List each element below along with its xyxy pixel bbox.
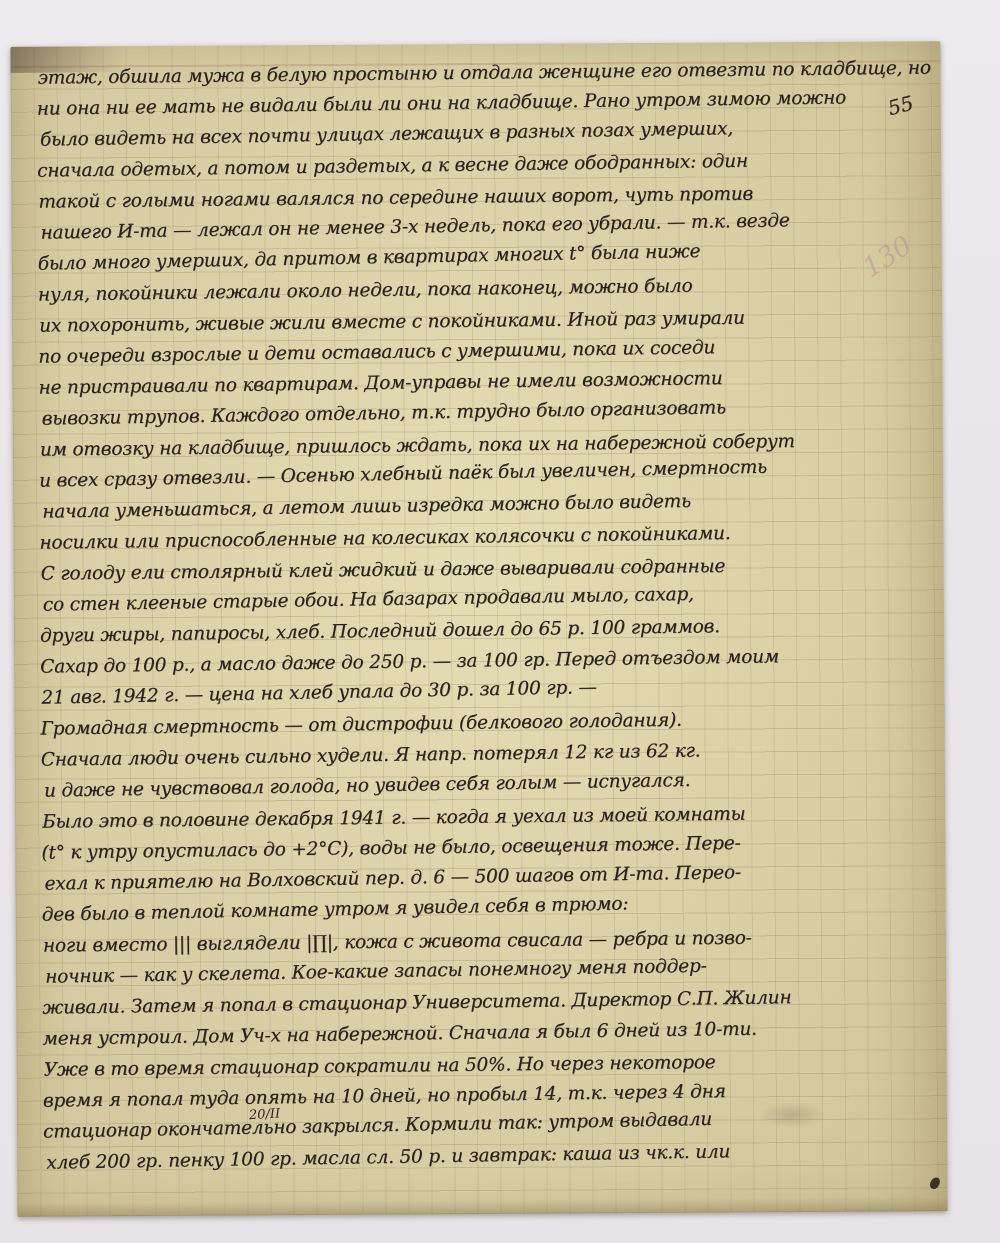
ink-blot (929, 1176, 942, 1190)
paper-sheet: этаж, обшила мужа в белую простыню и отд… (10, 41, 947, 1217)
bottom-edge-shadow (17, 1197, 947, 1217)
handwritten-text-block: этаж, обшила мужа в белую простыню и отд… (37, 57, 928, 1178)
interlinear-date-note: 20/II (249, 1106, 281, 1123)
scanned-document: этаж, обшила мужа в белую простыню и отд… (0, 0, 1000, 1243)
